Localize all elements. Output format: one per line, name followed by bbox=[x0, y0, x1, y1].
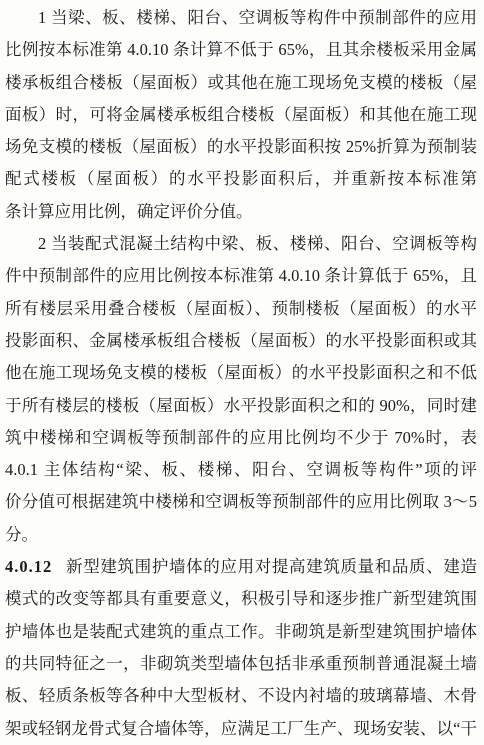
document-page: 1 当梁、板、楼梯、阳台、空调板等构件中预制部件的应用 比例按本标准第 4.0.… bbox=[0, 0, 484, 745]
paragraph-item-1: 1 当梁、板、楼梯、阳台、空调板等构件中预制部件的应用 比例按本标准第 4.0.… bbox=[5, 2, 477, 228]
text-line: 配式楼板（屋面板）的水平投影面积后，并重新按本标准第 4.0.10 bbox=[5, 163, 477, 195]
text-line: 件中预制部件的应用比例按本标准第 4.0.10 条计算低于 65%，且 bbox=[5, 260, 477, 292]
text-line: 护墙体也是装配式建筑的重点工作。非砌筑是新型建筑围护墙体 bbox=[5, 616, 477, 648]
text-line: 板、轻质条板等各种中大型板材、不设内衬墙的玻璃幕墙、木骨 bbox=[5, 680, 477, 712]
clause-number: 4.0.12 bbox=[5, 557, 52, 576]
text-line: 2 当装配式混凝土结构中梁、板、楼梯、阳台、空调板等构 bbox=[5, 228, 477, 260]
text-line: 模式的改变等都具有重要意义，积极引导和逐步推广新型建筑围 bbox=[5, 583, 477, 615]
text-line: 他在施工现场免支模的楼板（屋面板）的水平投影面积之和不低 bbox=[5, 357, 477, 389]
text-line: 所有楼层采用叠合楼板（屋面板）、预制楼板（屋面板）的水平 bbox=[5, 293, 477, 325]
text-line: 价分值可根据建筑中楼梯和空调板等预制部件的应用比例取 3～5 bbox=[5, 486, 477, 518]
text-line: 架或轻钢龙骨式复合墙体等，应满足工厂生产、现场安装、以“干 bbox=[5, 713, 477, 745]
text-line: 楼承板组合楼板（屋面板）或其他在施工现场免支模的楼板（屋 bbox=[5, 67, 477, 99]
paragraph-item-2: 2 当装配式混凝土结构中梁、板、楼梯、阳台、空调板等构 件中预制部件的应用比例按… bbox=[5, 228, 477, 551]
paragraph-clause-4-0-12: 4.0.12新型建筑围护墙体的应用对提高建筑质量和品质、建造 模式的改变等都具有… bbox=[5, 551, 477, 745]
text-line: 投影面积、金属楼承板组合楼板（屋面板）的水平投影面积或其 bbox=[5, 325, 477, 357]
text-line: 筑中楼梯和空调板等预制部件的应用比例均不少于 70%时，表 bbox=[5, 422, 477, 454]
text-line: 1 当梁、板、楼梯、阳台、空调板等构件中预制部件的应用 bbox=[5, 2, 477, 34]
text-line: 4.0.12新型建筑围护墙体的应用对提高建筑质量和品质、建造 bbox=[5, 551, 477, 583]
text-line: 的共同特征之一，非砌筑类型墙体包括非承重预制普通混凝土墙 bbox=[5, 648, 477, 680]
text-line: 面板）时，可将金属楼承板组合楼板（屋面板）和其他在施工现 bbox=[5, 99, 477, 131]
text-line: 场免支模的楼板（屋面板）的水平投影面积按 25%折算为预制装 bbox=[5, 131, 477, 163]
text-line: 于所有楼层的楼板（屋面板）水平投影面积之和的 90%，同时建 bbox=[5, 390, 477, 422]
clause-first-line-text: 新型建筑围护墙体的应用对提高建筑质量和品质、建造 bbox=[65, 557, 477, 576]
text-line: 分。 bbox=[5, 519, 477, 551]
text-line: 比例按本标准第 4.0.10 条计算不低于 65%，且其余楼板采用金属 bbox=[5, 34, 477, 66]
text-line: 4.0.1 主体结构“梁、板、楼梯、阳台、空调板等构件”项的评 bbox=[5, 454, 477, 486]
text-line: 条计算应用比例，确定评价分值。 bbox=[5, 196, 477, 228]
